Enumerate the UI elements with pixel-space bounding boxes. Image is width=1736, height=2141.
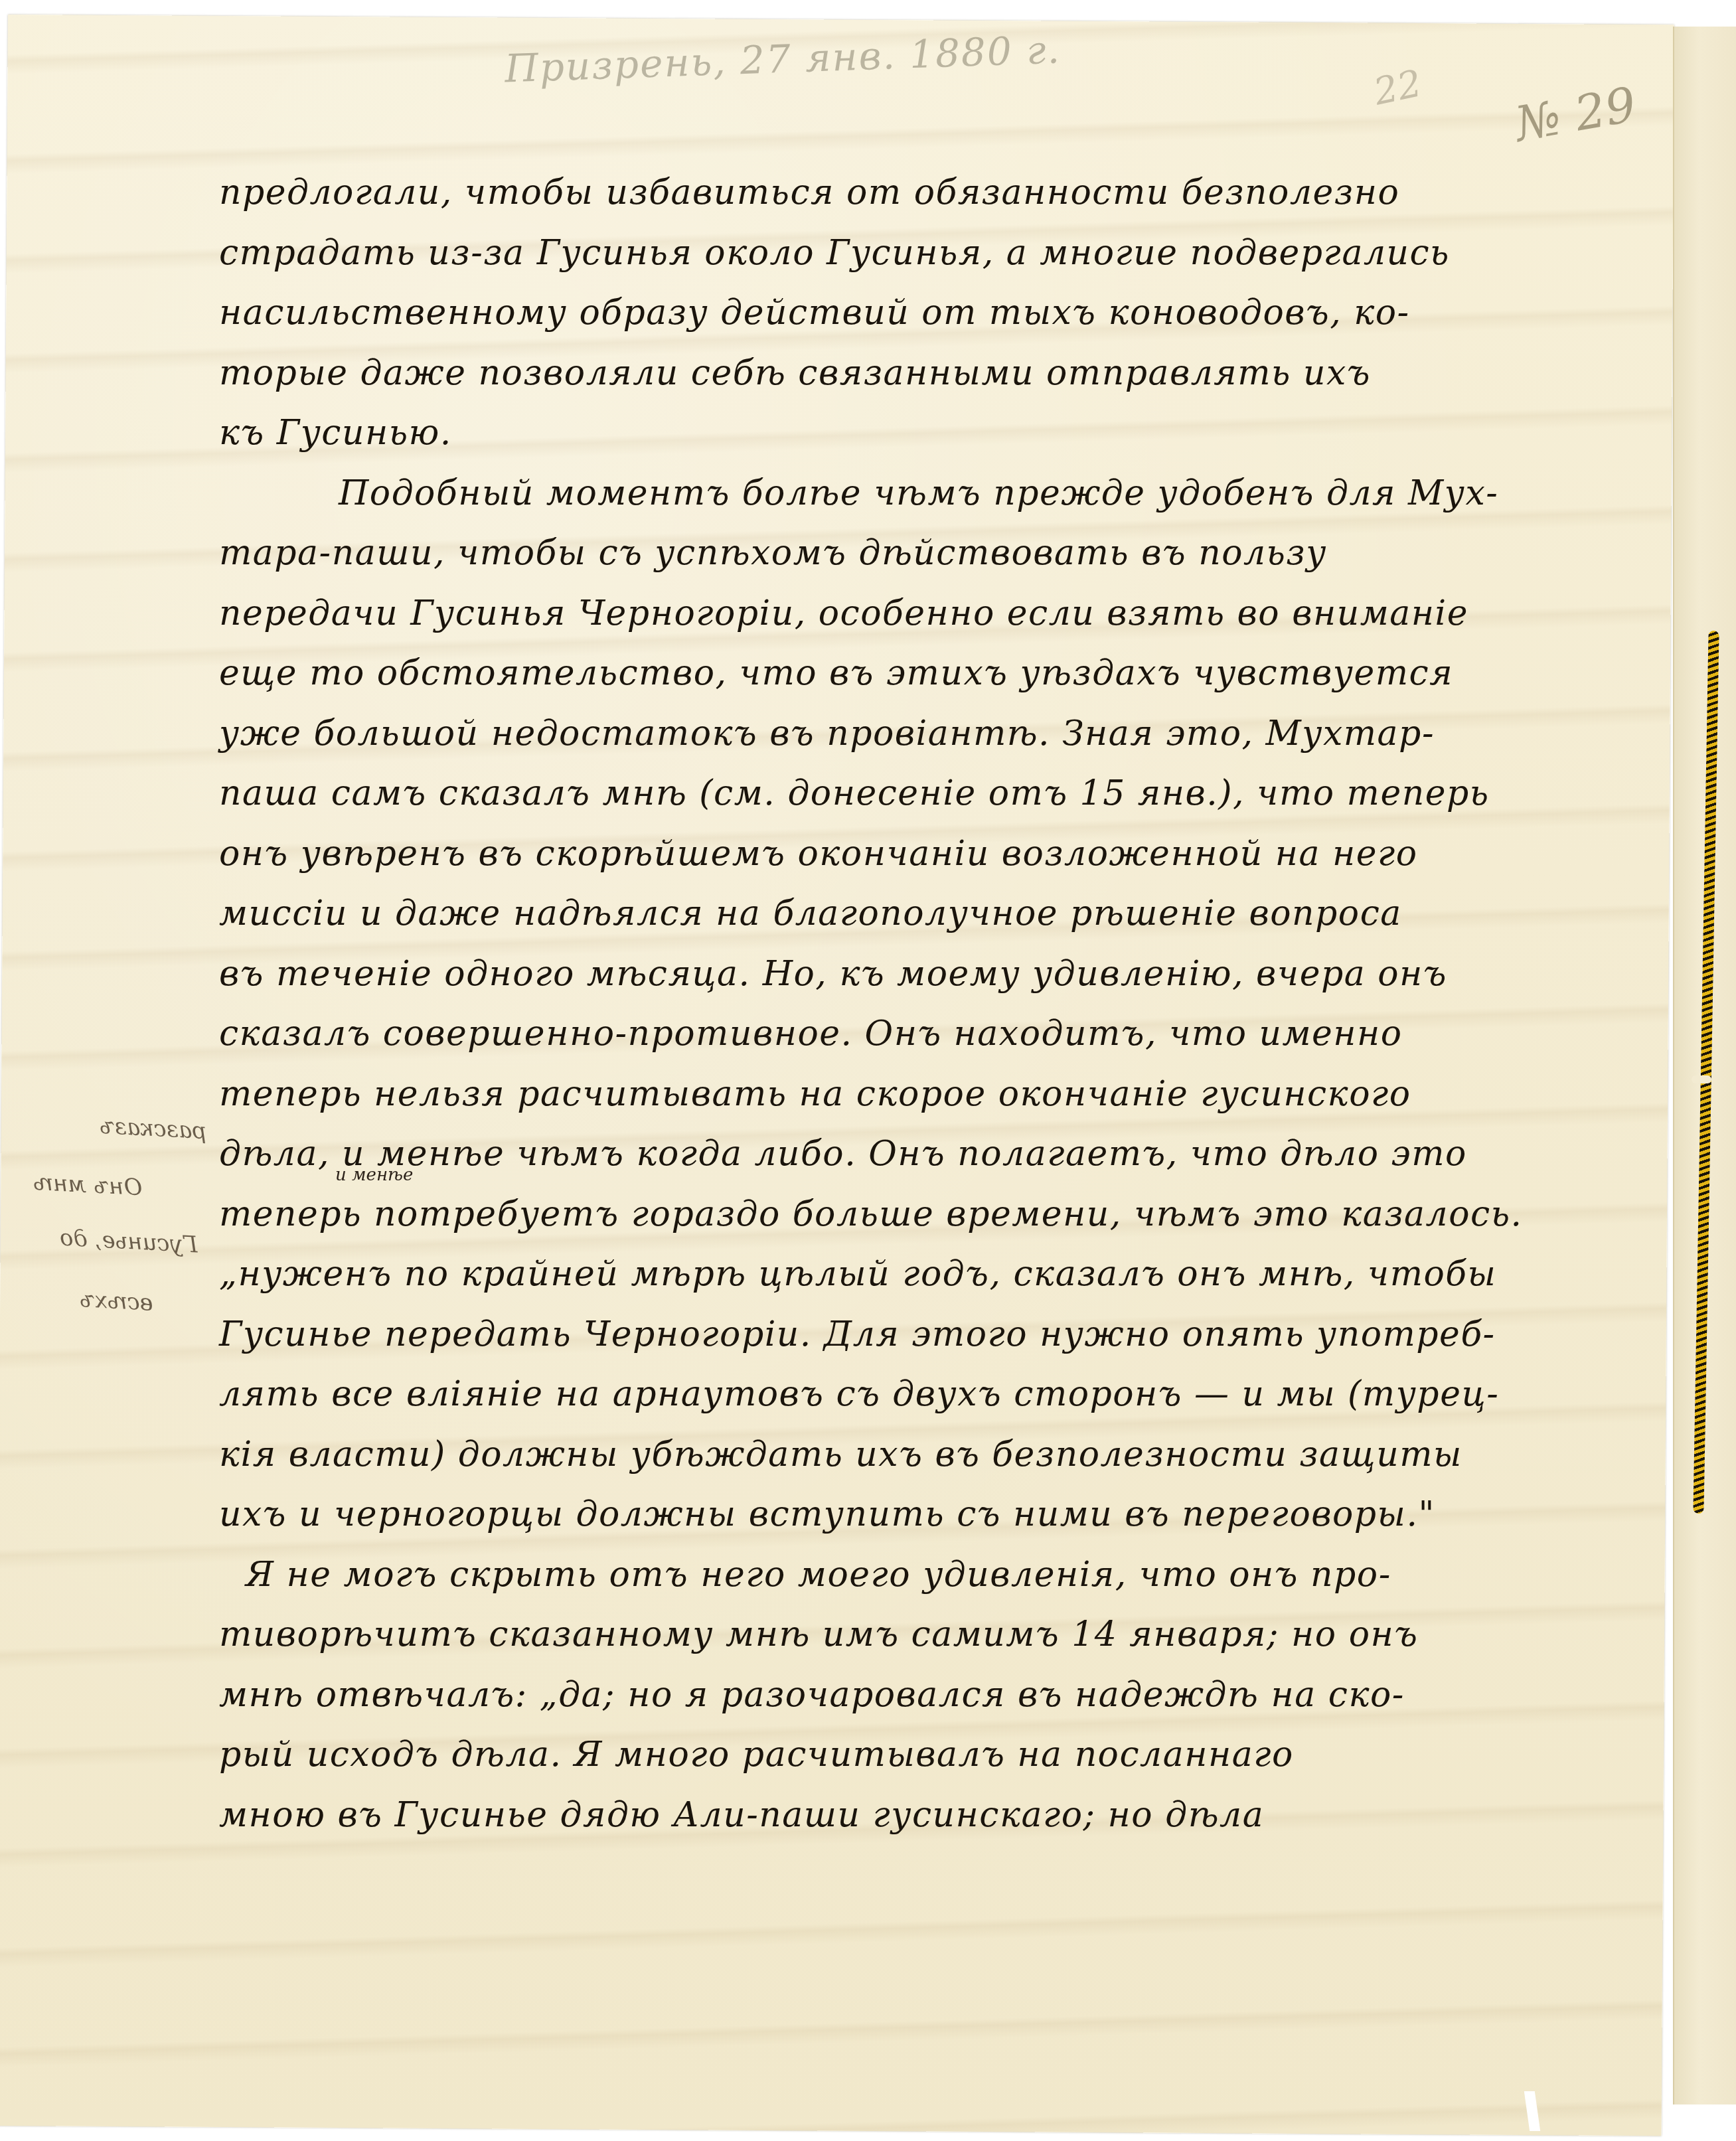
text-line: предлогали, чтобы избавиться от обязанно… <box>219 163 1680 223</box>
paragraph-start-line: Я не могъ скрыть отъ него моего удивлені… <box>219 1545 1680 1605</box>
text-line: тиворѣчитъ сказанному мнѣ имъ самимъ 14 … <box>219 1605 1680 1665</box>
text-line: Гусинье передать Черногоріи. Для этого н… <box>219 1305 1680 1365</box>
text-line: къ Гусинью. <box>219 403 1680 463</box>
text-line: онъ увѣренъ въ скорѣйшемъ окончаніи возл… <box>219 824 1680 884</box>
text-line: мнѣ отвѣчалъ: „да; но я разочаровался въ… <box>219 1665 1680 1725</box>
margin-note: Онъ мнѣ <box>33 1169 143 1202</box>
text-line: уже большой недостатокъ въ провіантѣ. Зн… <box>219 704 1680 764</box>
text-line: дѣла, и менѣе чѣмъ когда либо. Онъ полаг… <box>219 1124 1680 1184</box>
text-line: торые даже позволяли себѣ связанными отп… <box>219 343 1680 404</box>
text-line: паша самъ сказалъ мнѣ (см. донесеніе отъ… <box>219 763 1680 824</box>
margin-note: всѣхъ <box>79 1286 154 1316</box>
text-line: сказалъ совершенно-противное. Онъ находи… <box>219 1004 1680 1064</box>
text-line: передачи Гусинья Черногоріи, особенно ес… <box>219 584 1680 644</box>
paragraph-start-line: Подобный моментъ болѣе чѣмъ прежде удобе… <box>219 463 1680 524</box>
text-line: ихъ и черногорцы должны вступить съ ними… <box>219 1484 1680 1545</box>
text-line: рый исходъ дѣла. Я много расчитывалъ на … <box>219 1725 1680 1785</box>
letter-body: предлогали, чтобы избавиться от обязанно… <box>219 163 1680 1845</box>
text-line: страдать из-за Гусинья около Гусинья, а … <box>219 223 1680 283</box>
text-line: теперь потребуетъ гораздо больше времени… <box>219 1184 1680 1245</box>
text-line: кія власти) должны убѣждать ихъ въ безпо… <box>219 1425 1680 1485</box>
text-line: миссіи и даже надѣялся на благополучное … <box>219 884 1680 944</box>
text-line: теперь нельзя расчитывать на скорое окон… <box>219 1064 1680 1125</box>
text-line: еще то обстоятельство, что въ этихъ уѣзд… <box>219 643 1680 704</box>
text-line: мною въ Гусинье дядю Али-паши гусинскаго… <box>219 1785 1680 1846</box>
binding-notch <box>1692 1075 1711 1083</box>
text-line: тара-паши, чтобы съ успѣхомъ дѣйствовать… <box>219 523 1680 584</box>
text-line: насильственному образу действий от тыхъ … <box>219 283 1680 343</box>
interlinear-insertion: и менѣе <box>335 1165 413 1185</box>
text-line: лять все вліяніе на арнаутовъ съ двухъ с… <box>219 1364 1680 1425</box>
text-line: „нуженъ по крайней мѣрѣ цѣлый годъ, сказ… <box>219 1244 1680 1305</box>
text-line: въ теченіе одного мѣсяца. Но, къ моему у… <box>219 944 1680 1004</box>
margin-note: разсказъ <box>99 1113 207 1145</box>
